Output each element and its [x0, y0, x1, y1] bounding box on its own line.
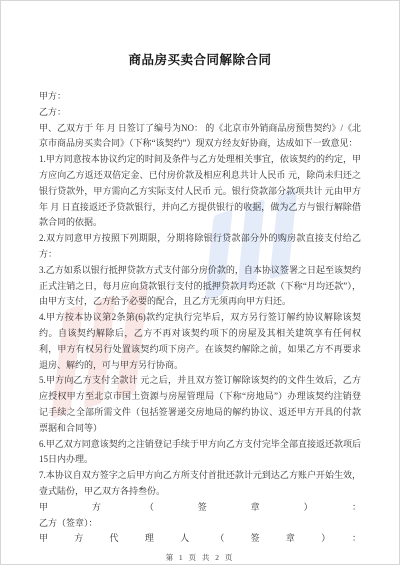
clause-5: 5.甲方向乙方支付全款计 元之后，并且双方签订解除该契约的文件生效后，乙方应授权…	[39, 373, 361, 436]
page-number-footer: 第 1 页 共 2 页	[39, 552, 361, 563]
document-body: 甲方： 乙方： 甲、乙双方于 年 月 日签订了编号为NO： 的《北京市外销商品房…	[39, 89, 361, 547]
signature-line-party-a: 甲方（签章）：	[39, 500, 361, 516]
signature-line-party-b: 乙方（签章）：	[39, 516, 361, 532]
signature-line-party-a-agent: 甲方代理人（签章）：	[39, 531, 361, 547]
clause-3: 3.乙方如系以银行抵押贷款方式支付部分房价款的，自本协议签署之日起至该契约正式注…	[39, 263, 361, 310]
contract-page: 商品房买卖合同解除合同 甲方： 乙方： 甲、乙双方于 年 月 日签订了编号为NO…	[0, 0, 400, 565]
clause-2: 2.双方同意甲方按照下列期限，分期将除银行贷款部分外的购房款直接支付给乙方：	[39, 231, 361, 263]
clause-6: 6.甲乙双方同意该契约之注销登记手续于甲方向乙方支付完毕全部直接返还款项后15日…	[39, 437, 361, 469]
clause-7: 7.本协议自双方签字之后甲方向乙方所支付首批还款计元到达乙方账户开始生效，壹式陆…	[39, 468, 361, 500]
document-title: 商品房买卖合同解除合同	[39, 53, 361, 67]
party-a-label: 甲方：	[39, 89, 361, 105]
party-b-label: 乙方：	[39, 105, 361, 121]
intro-paragraph: 甲、乙双方于 年 月 日签订了编号为NO： 的《北京市外销商品房预售契约》/《北…	[39, 121, 361, 153]
clause-4: 4.甲方按本协议第2条第(6)款约定执行完毕后，双方另行签订解约协议解除该契约。…	[39, 310, 361, 373]
page-content: 商品房买卖合同解除合同 甲方： 乙方： 甲、乙双方于 年 月 日签订了编号为NO…	[1, 1, 399, 564]
clause-1: 1.甲方同意按本协议约定的时间及条件与乙方处理相关事宜，依该契约的约定，甲方应向…	[39, 152, 361, 231]
